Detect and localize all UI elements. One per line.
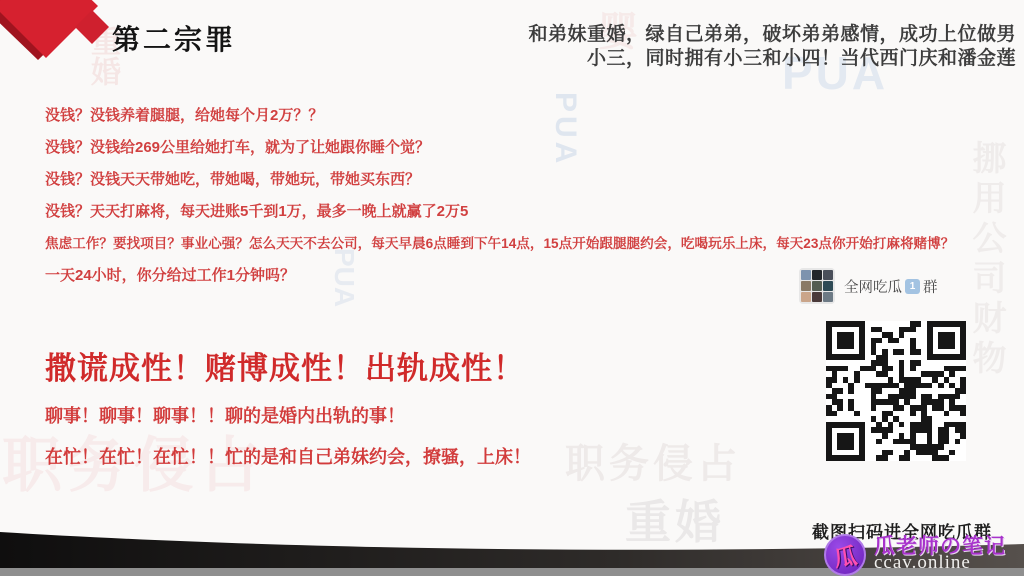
big-heading: 撒谎成性！赌博成性！出轨成性！ xyxy=(45,343,525,388)
group-label-suffix: 群 xyxy=(923,276,938,297)
question-line: 没钱？没钱给269公里给她打车，就为了让她跟你睡个觉？ xyxy=(45,132,995,164)
group-number-badge: 1 xyxy=(905,279,920,294)
headline-line-1: 和弟妹重婚，绿自己弟弟，破坏弟弟感情，成功上位做男 xyxy=(528,23,1016,47)
question-line: 没钱？没钱天天带她吃，带她喝，带她玩，带她买东西？ xyxy=(45,164,995,196)
watermark-zhiwuqinzhan-mid: 职务侵占 xyxy=(565,432,741,489)
melon-logo-icon: 瓜 xyxy=(824,534,866,576)
group-label-prefix: 全网吃瓜 xyxy=(844,276,902,297)
headline-line-2: 小三，同时拥有小三和小四！当代西门庆和潘金莲 xyxy=(528,47,1016,71)
statement-line: 聊事！聊事！聊事！！聊的是婚内出轨的事！ xyxy=(45,396,531,437)
question-line: 没钱？天天打麻将，每天进账5千到1万，最多一晚上就赢了2万5 xyxy=(45,196,995,228)
statement-line: 在忙！在忙！在忙！！忙的是和自己弟妹约会，撩骚，上床！ xyxy=(45,437,531,478)
slide: PUA PUA PUA 职务侵占 职务侵占 重婚 挪用公司财物 重婚 婴 第二宗… xyxy=(0,0,1024,576)
qr-finder-top-left xyxy=(826,321,865,360)
question-line: 没钱？没钱养着腿腿，给她每个月2万？？ xyxy=(45,100,995,132)
qr-finder-bottom-left xyxy=(826,422,865,461)
question-list: 没钱？没钱养着腿腿，给她每个月2万？？ 没钱？没钱给269公里给她打车，就为了让… xyxy=(45,100,995,292)
brand-domain: ccav.online xyxy=(874,552,971,574)
qr-code xyxy=(826,321,966,461)
qr-finder-top-right xyxy=(927,321,966,360)
group-avatar xyxy=(799,268,835,304)
group-label: 全网吃瓜 1 群 xyxy=(844,276,938,297)
statement-list: 聊事！聊事！聊事！！聊的是婚内出轨的事！ 在忙！在忙！在忙！！忙的是和自己弟妹约… xyxy=(45,396,531,478)
page-title: 第二宗罪 xyxy=(112,18,236,58)
question-line: 焦虑工作？要找项目？事业心强？怎么天天不去公司，每天早晨6点睡到下午14点，15… xyxy=(45,228,995,260)
brand-logo: 瓜 瓜老师の笔记 ccav.online xyxy=(824,532,1024,576)
melon-glyph: 瓜 xyxy=(831,537,858,573)
headline-accusation: 和弟妹重婚，绿自己弟弟，破坏弟弟感情，成功上位做男 小三，同时拥有小三和小四！当… xyxy=(528,23,1016,71)
wechat-group-chip: 全网吃瓜 1 群 xyxy=(799,268,938,304)
